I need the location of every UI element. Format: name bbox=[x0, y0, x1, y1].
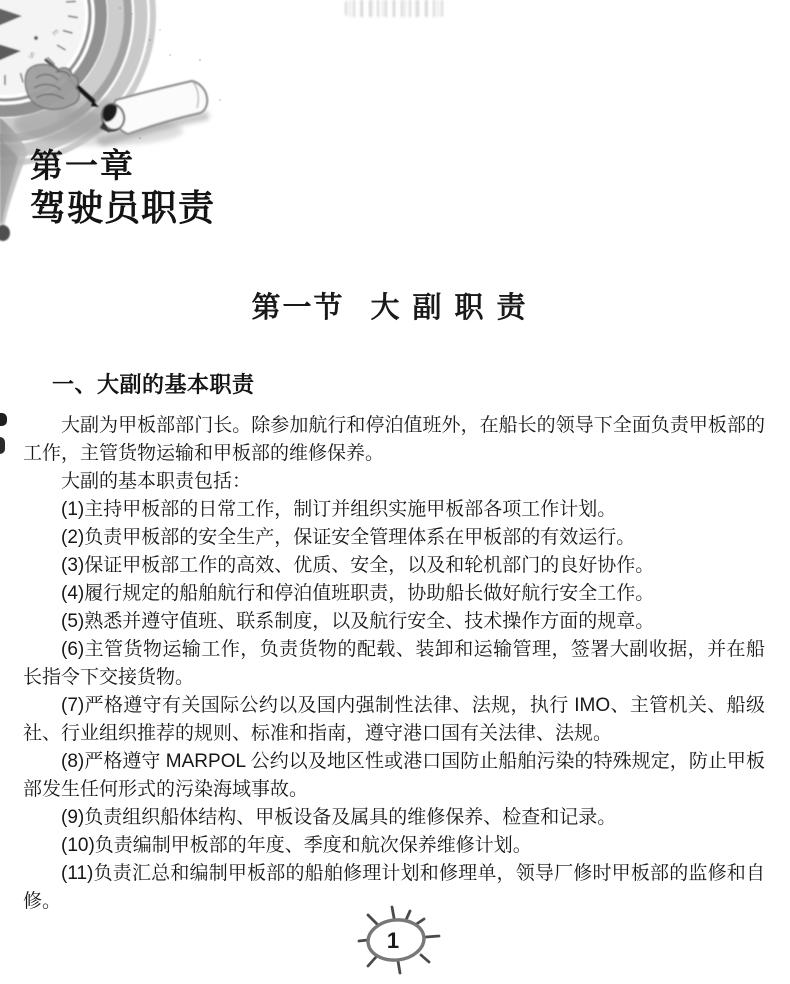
duty-item: (6)主管货物运输工作，负责货物的配载、装卸和运输管理，签署大副收据，并在船长指… bbox=[23, 636, 765, 692]
duty-item: (2)负责甲板部的安全生产，保证安全管理体系在甲板部的有效运行。 bbox=[23, 524, 765, 552]
duty-item: (10)负责编制甲板部的年度、季度和航次保养维修计划。 bbox=[23, 832, 765, 860]
duty-item: (4)履行规定的船舶航行和停泊值班职责，协助船长做好航行安全工作。 bbox=[23, 580, 765, 608]
page-number: 1 bbox=[387, 928, 399, 953]
section-name: 大副职责 bbox=[371, 292, 539, 324]
page-number-ornament: 1 bbox=[351, 903, 441, 977]
section-label: 第一节 bbox=[251, 292, 344, 324]
intro-paragraph: 大副的基本职责包括： bbox=[23, 468, 765, 496]
duty-item: (1)主持甲板部的日常工作，制订并组织实施甲板部各项工作计划。 bbox=[23, 496, 765, 524]
section-heading: 第一节大副职责 bbox=[0, 290, 790, 326]
intro-paragraphs: 大副为甲板部部门长。除参加航行和停泊值班外，在船长的领导下全面负责甲板部的工作，… bbox=[23, 412, 765, 496]
duty-list: (1)主持甲板部的日常工作，制订并组织实施甲板部各项工作计划。(2)负责甲板部的… bbox=[23, 496, 765, 916]
intro-paragraph: 大副为甲板部部门长。除参加航行和停泊值班外，在船长的领导下全面负责甲板部的工作，… bbox=[23, 412, 765, 468]
chapter-title: 驾驶员职责 bbox=[30, 186, 215, 230]
body-text: 一、大副的基本职责 大副为甲板部部门长。除参加航行和停泊值班外，在船长的领导下全… bbox=[23, 372, 765, 916]
duty-item: (8)严格遵守 MARPOL 公约以及地区性或港口国防止船舶污染的特殊规定，防止… bbox=[23, 748, 765, 804]
duty-item: (7)严格遵守有关国际公约以及国内强制性法律、法规，执行 IMO、主管机关、船级… bbox=[23, 692, 765, 748]
chapter-number: 第一章 bbox=[30, 146, 215, 186]
duty-item: (9)负责组织船体结构、甲板设备及属具的维修保养、检查和记录。 bbox=[23, 804, 765, 832]
subsection-heading: 一、大副的基本职责 bbox=[52, 372, 765, 398]
scan-smudge bbox=[345, 0, 445, 17]
duty-item: (5)熟悉并遵守值班、联系制度，以及航行安全、技术操作方面的规章。 bbox=[23, 608, 765, 636]
duty-item: (3)保证甲板部工作的高效、优质、安全，以及和轮机部门的良好协作。 bbox=[23, 552, 765, 580]
chapter-heading: 第一章 驾驶员职责 bbox=[30, 146, 215, 230]
scanned-book-page: S E bbox=[0, 0, 790, 984]
scan-edge-mark bbox=[0, 413, 7, 426]
scan-edge-mark bbox=[0, 437, 5, 454]
